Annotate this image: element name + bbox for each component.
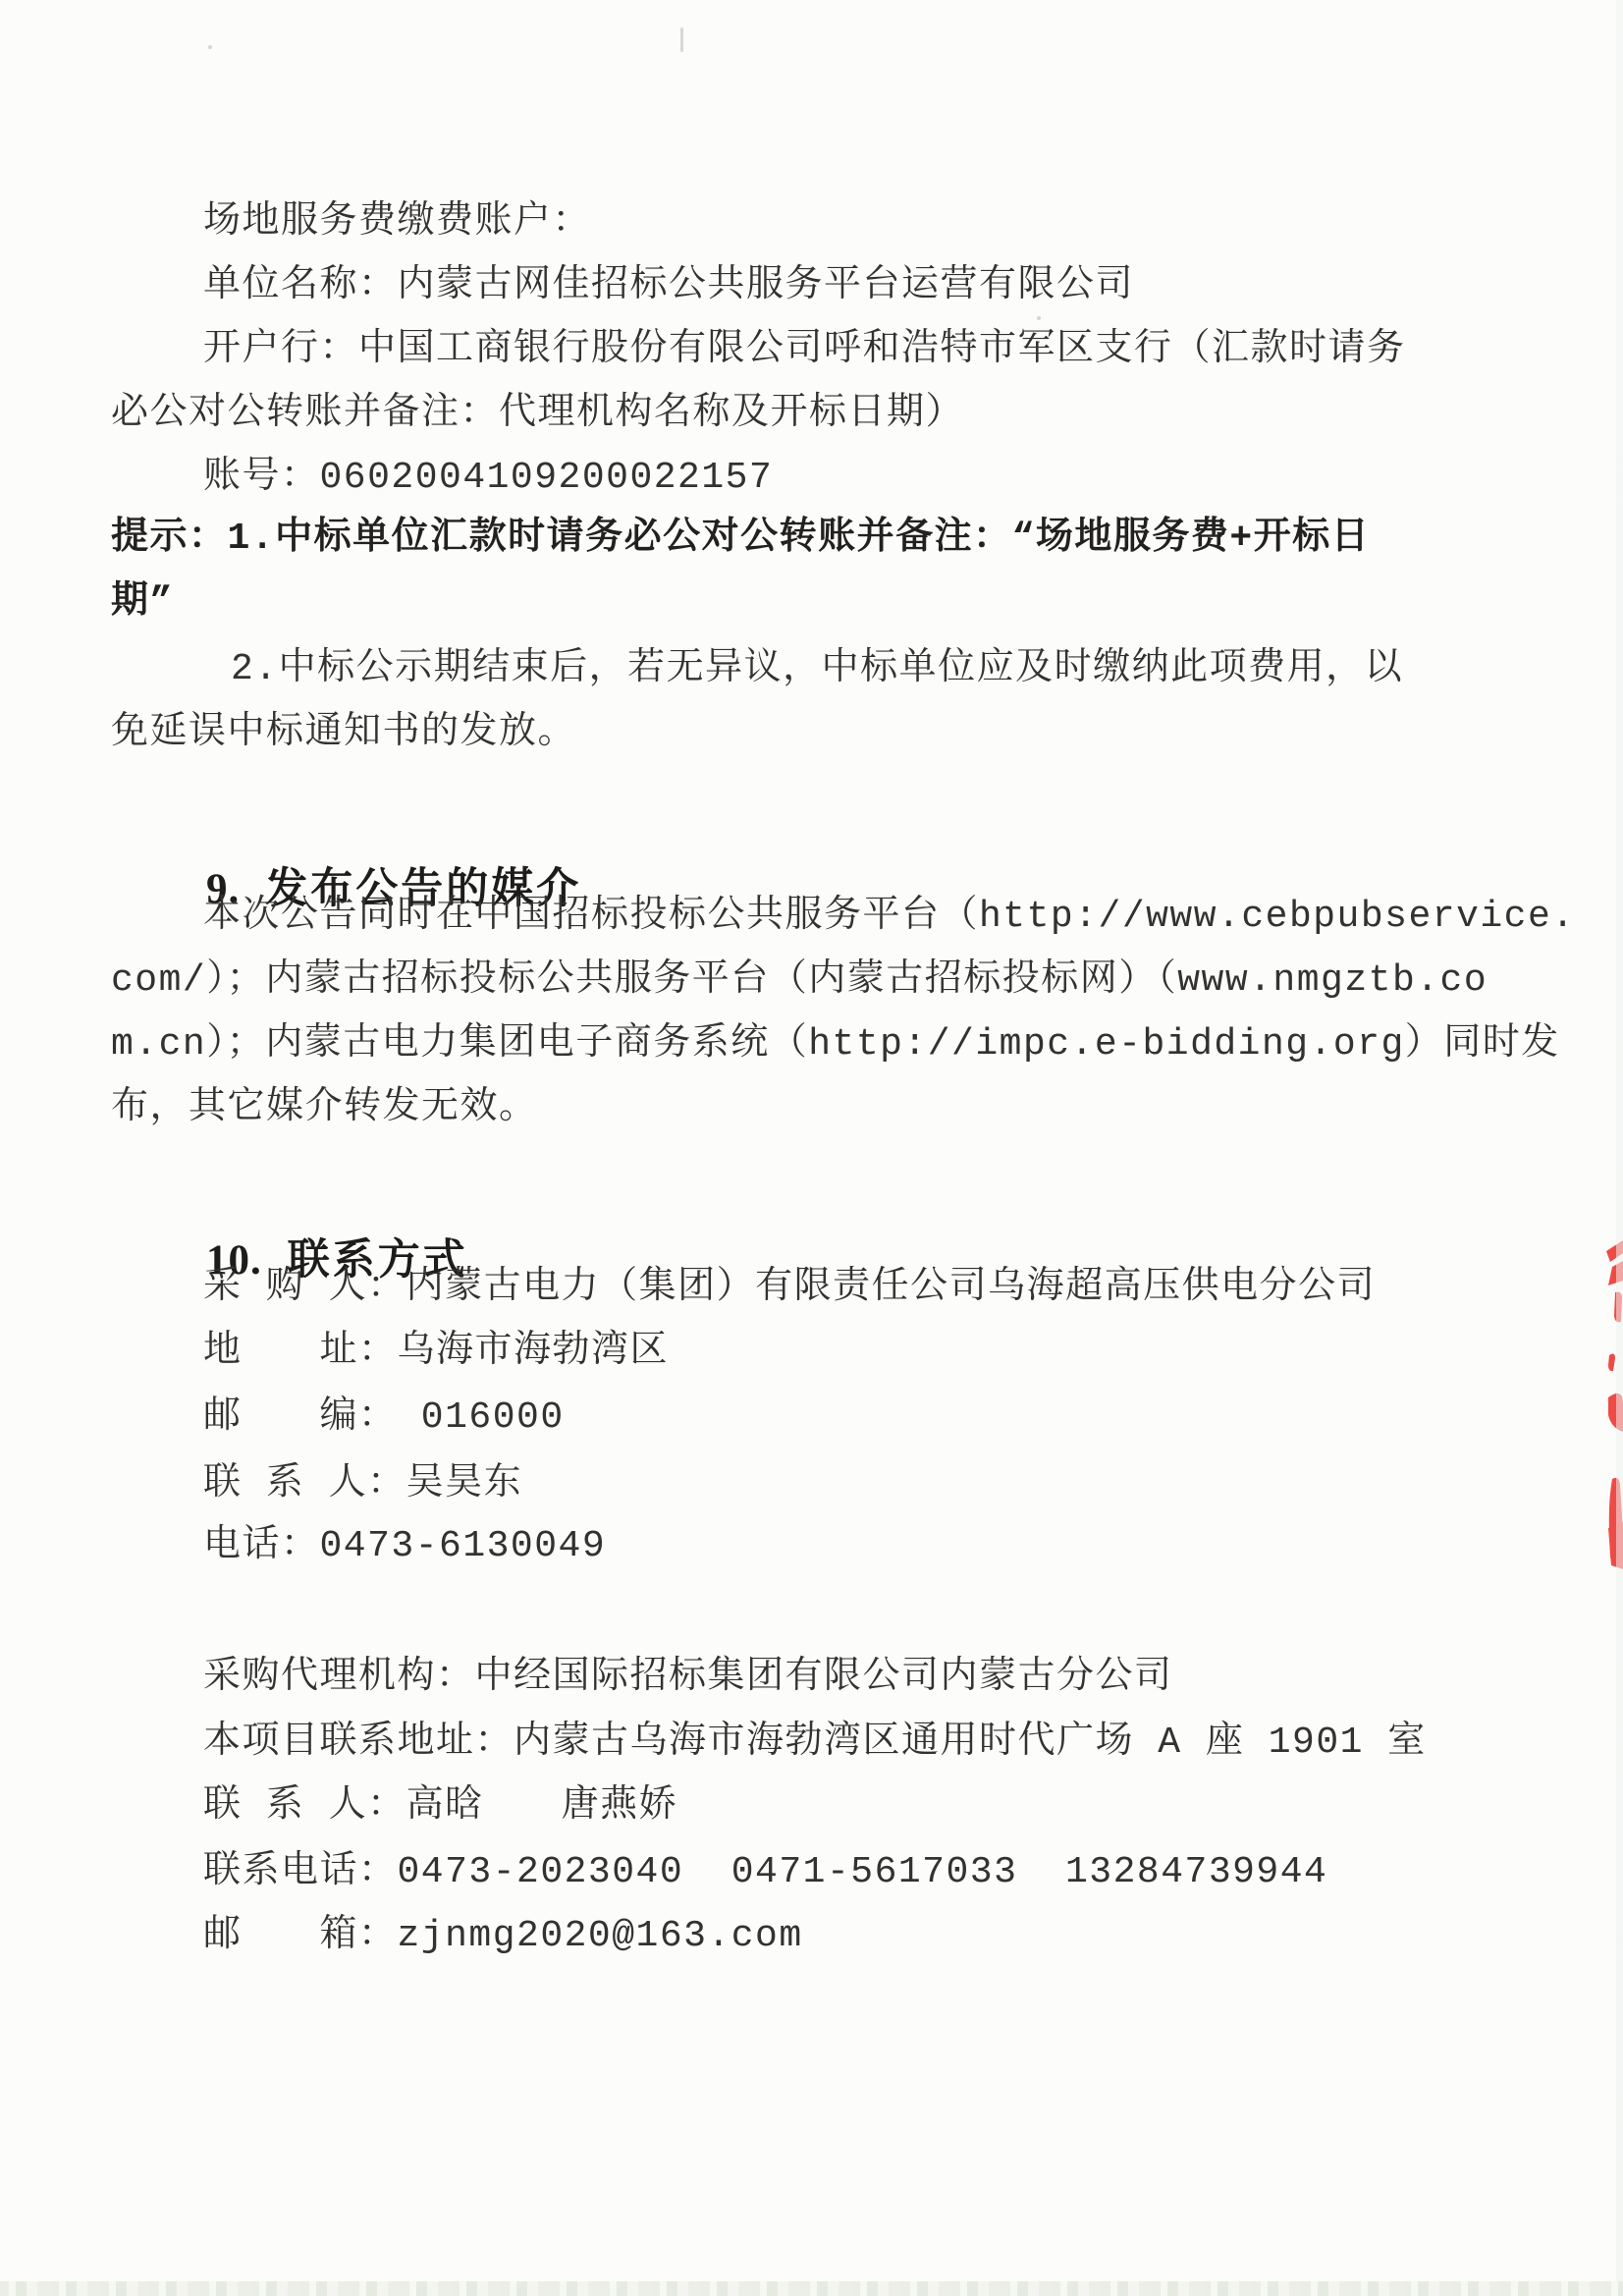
media-paragraph-line-2: com/）；内蒙古招标投标公共服务平台（内蒙古招标投标网）（www.nmgztb… [111,959,1488,1003]
contact-person-line: 联 系 人：吴昊东 [203,1463,522,1506]
payment-tip-line-3: 2.中标公示期结束后，若无异议，中标单位应及时缴纳此项费用，以 [231,648,1403,691]
payment-account-number: 账号：0602004109200022157 [203,457,773,500]
payment-tip-line-2: 期” [111,581,174,625]
section-9-heading: 9.发布公告的媒介 [160,807,581,963]
scan-artifact-bottom-strip [0,2281,1623,2296]
scan-artifact-dot [1037,316,1041,320]
agency-phone-line: 联系电话：0473-2023040 0471-5617033 132847399… [203,1851,1327,1894]
scan-artifact-dot-2 [208,45,212,49]
media-paragraph-line-4: 布，其它媒介转发无效。 [111,1087,538,1130]
section-10-heading: 10.联系方式 [160,1178,468,1335]
payment-bank-line-2: 必公对公转账并备注：代理机构名称及开标日期） [111,393,964,436]
media-paragraph-line-3: m.cn）；内蒙古电力集团电子商务系统（http://impc.e-biddin… [111,1023,1560,1066]
payment-bank-line-1: 开户行：中国工商银行股份有限公司呼和浩特市军区支行（汇款时请务 [203,329,1406,372]
payment-account-header: 场地服务费缴费账户： [203,201,591,245]
contact-phone-line: 电话：0473-6130049 [203,1525,606,1568]
media-paragraph-line-1: 本次公告同时在中国招标投标公共服务平台（http://www.cebpubser… [203,896,1576,939]
contact-postcode-line: 邮 编： 016000 [203,1396,565,1440]
agency-address-line: 本项目联系地址：内蒙古乌海市海勃湾区通用时代广场 A 座 1901 室 [203,1722,1427,1765]
payment-tip-line-1: 提示：1.中标单位汇款时请务必公对公转账并备注：“场地服务费+开标日 [111,518,1370,561]
agency-email-line: 邮 箱：zjnmg2020@163.com [203,1915,803,1958]
agency-contact-line: 联 系 人：高晗 唐燕娇 [203,1785,677,1829]
agency-name-line: 采购代理机构：中经国际招标集团有限公司内蒙古分公司 [203,1657,1173,1700]
scan-artifact-edge-column [1616,0,1623,2296]
contact-address-line: 地 址：乌海市海勃湾区 [203,1331,669,1374]
scanned-document-page: 场地服务费缴费账户： 单位名称：内蒙古网佳招标公共服务平台运营有限公司 开户行：… [0,0,1623,2296]
contact-buyer-line: 采 购 人：内蒙古电力（集团）有限责任公司乌海超高压供电分公司 [203,1267,1376,1310]
payment-tip-line-4: 免延误中标通知书的发放。 [111,712,576,755]
payment-unit-name: 单位名称：内蒙古网佳招标公共服务平台运营有限公司 [203,265,1134,308]
scan-artifact-tick [680,27,683,52]
